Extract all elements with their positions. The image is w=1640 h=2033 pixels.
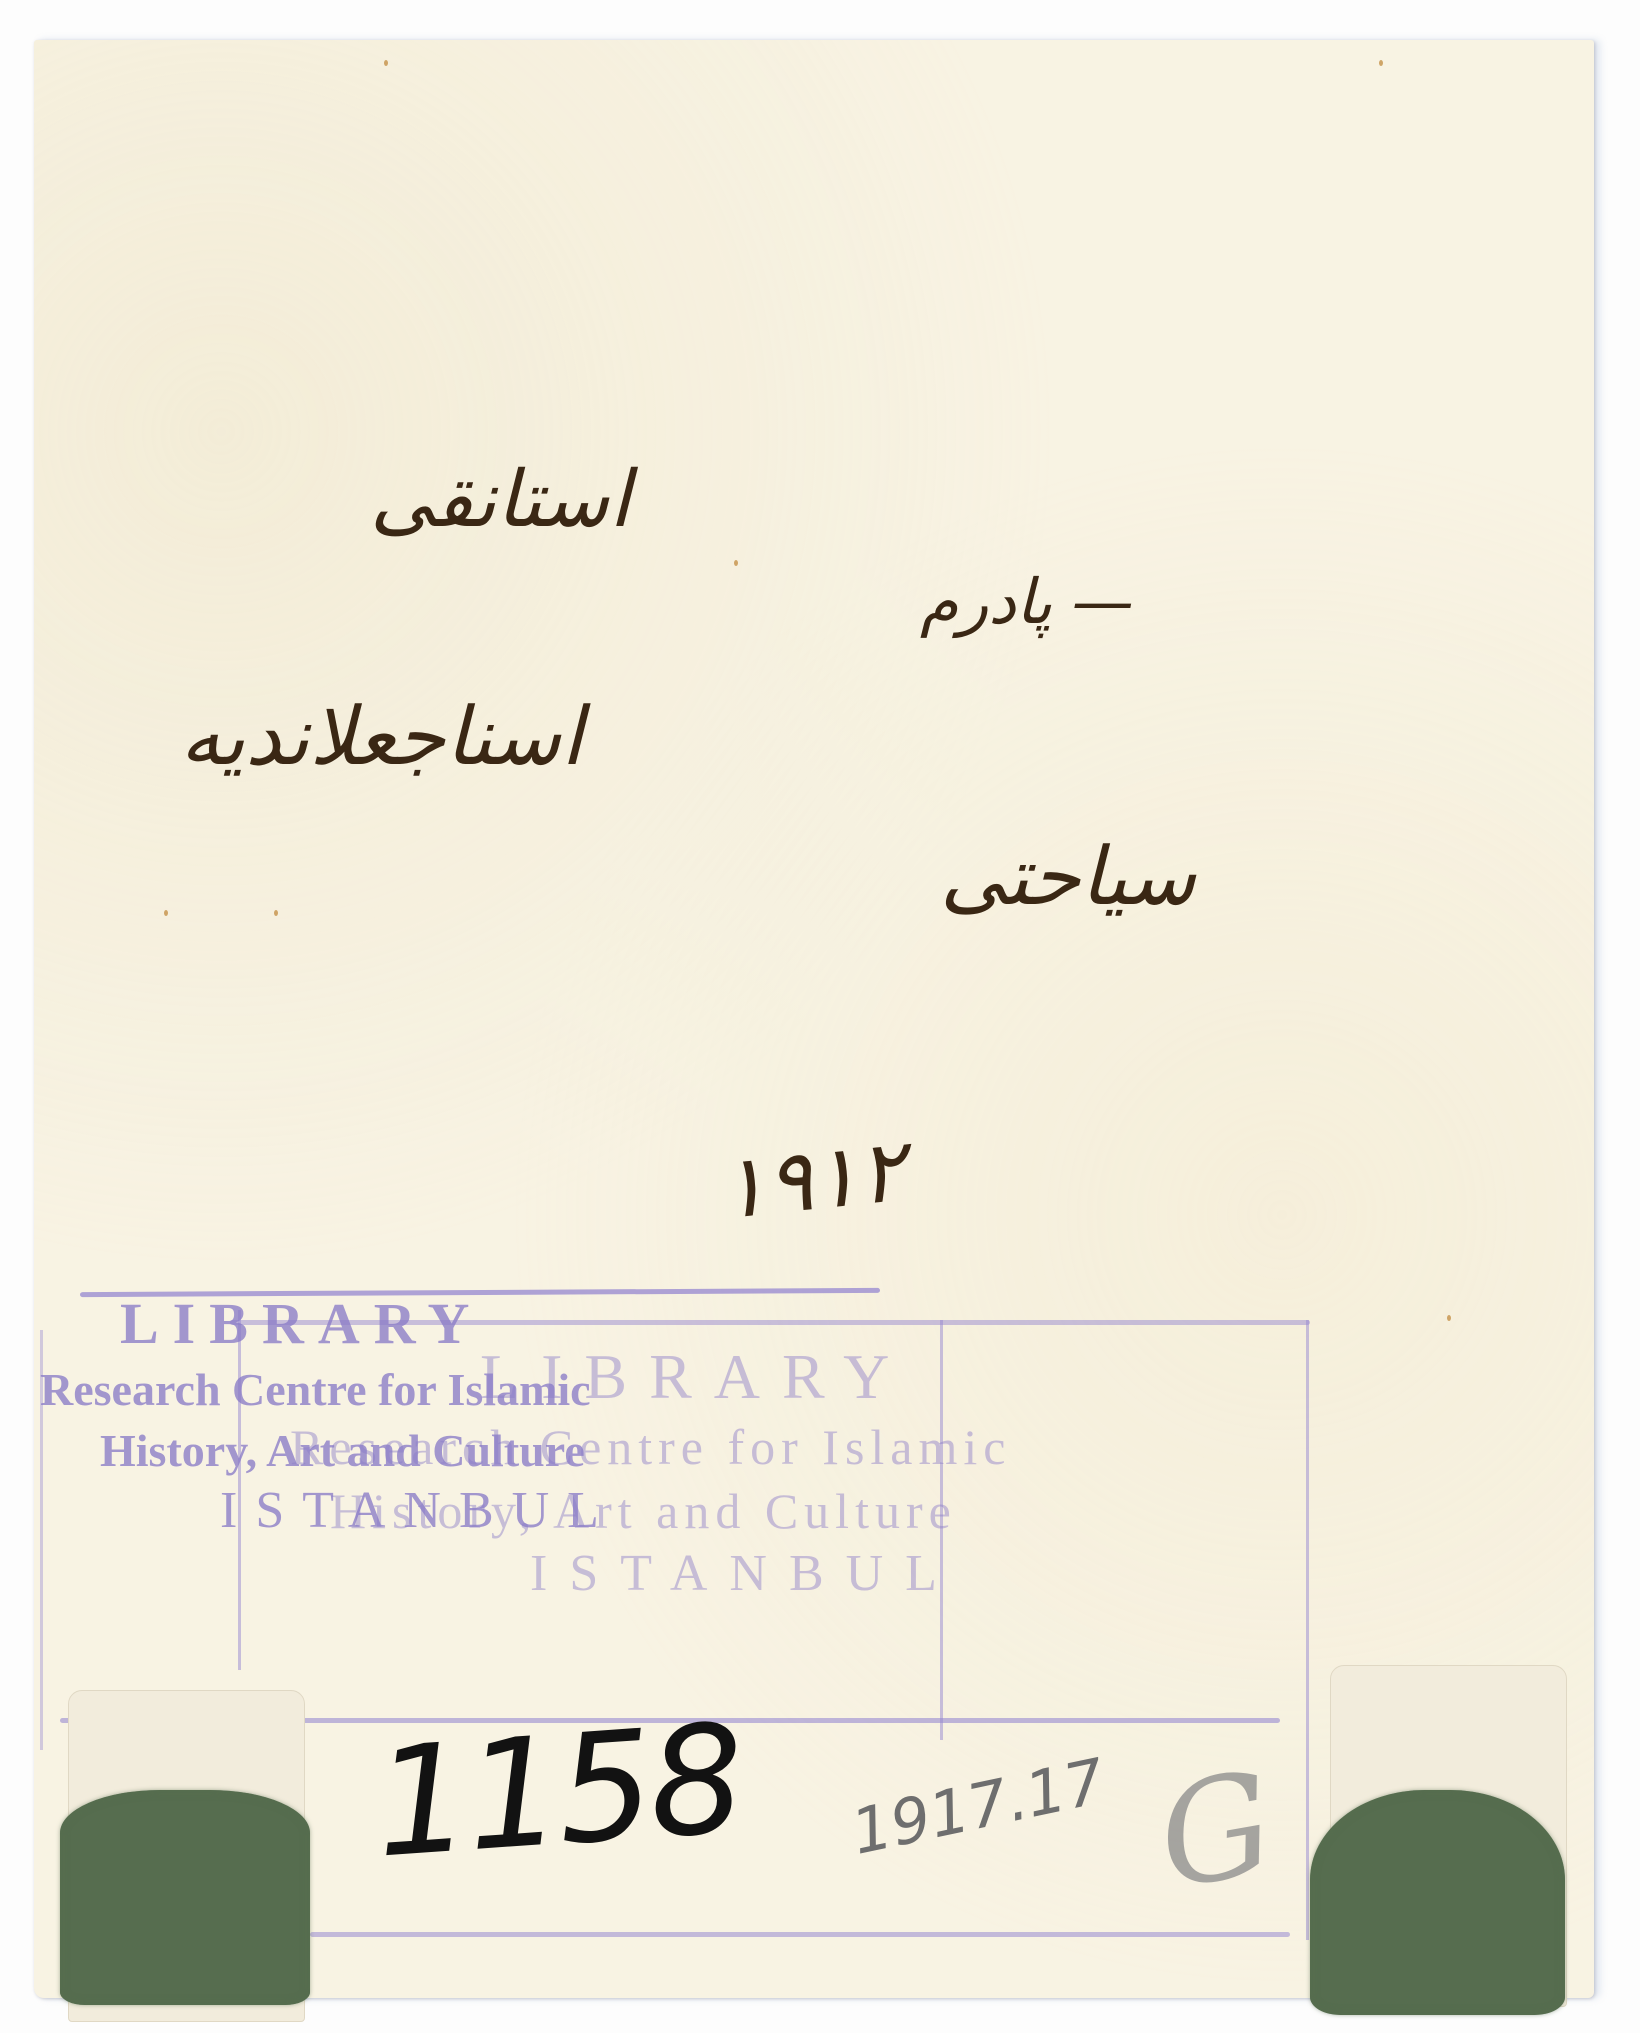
library-stamp: LIBRARY Research Centre for Islamic Hist… <box>40 1290 900 1540</box>
foxing-spot <box>164 910 168 916</box>
foxing-spot <box>734 560 738 566</box>
stamp-line-4: ISTANBUL <box>220 1481 900 1540</box>
stamp-title: LIBRARY <box>120 1290 900 1357</box>
catalog-number: 1158 <box>369 1692 746 1891</box>
foxing-spot <box>1447 1315 1451 1321</box>
handwriting-line-3: اسناجعلانديه <box>180 690 583 783</box>
stamp-line-3: History, Art and Culture <box>100 1424 900 1477</box>
foxing-spot <box>384 60 388 66</box>
handwriting-line-2: — پادرم <box>920 565 1134 638</box>
handwriting-line-4: سياحتى <box>940 830 1196 923</box>
foxing-spot <box>1379 60 1383 66</box>
handwritten-year: ١٩١٢ <box>715 1121 909 1240</box>
stamp-line-2: Research Centre for Islamic <box>40 1363 900 1416</box>
handwriting-line-1: استانقى <box>370 455 631 545</box>
felt-residue-right <box>1310 1790 1565 2015</box>
foxing-spot <box>274 910 278 916</box>
stamp-border-right <box>1306 1320 1309 1940</box>
felt-residue-left <box>60 1790 310 2005</box>
stamp-border-bottom-2 <box>310 1932 1290 1937</box>
stamp-line-4: ISTANBUL <box>530 1544 1230 1603</box>
